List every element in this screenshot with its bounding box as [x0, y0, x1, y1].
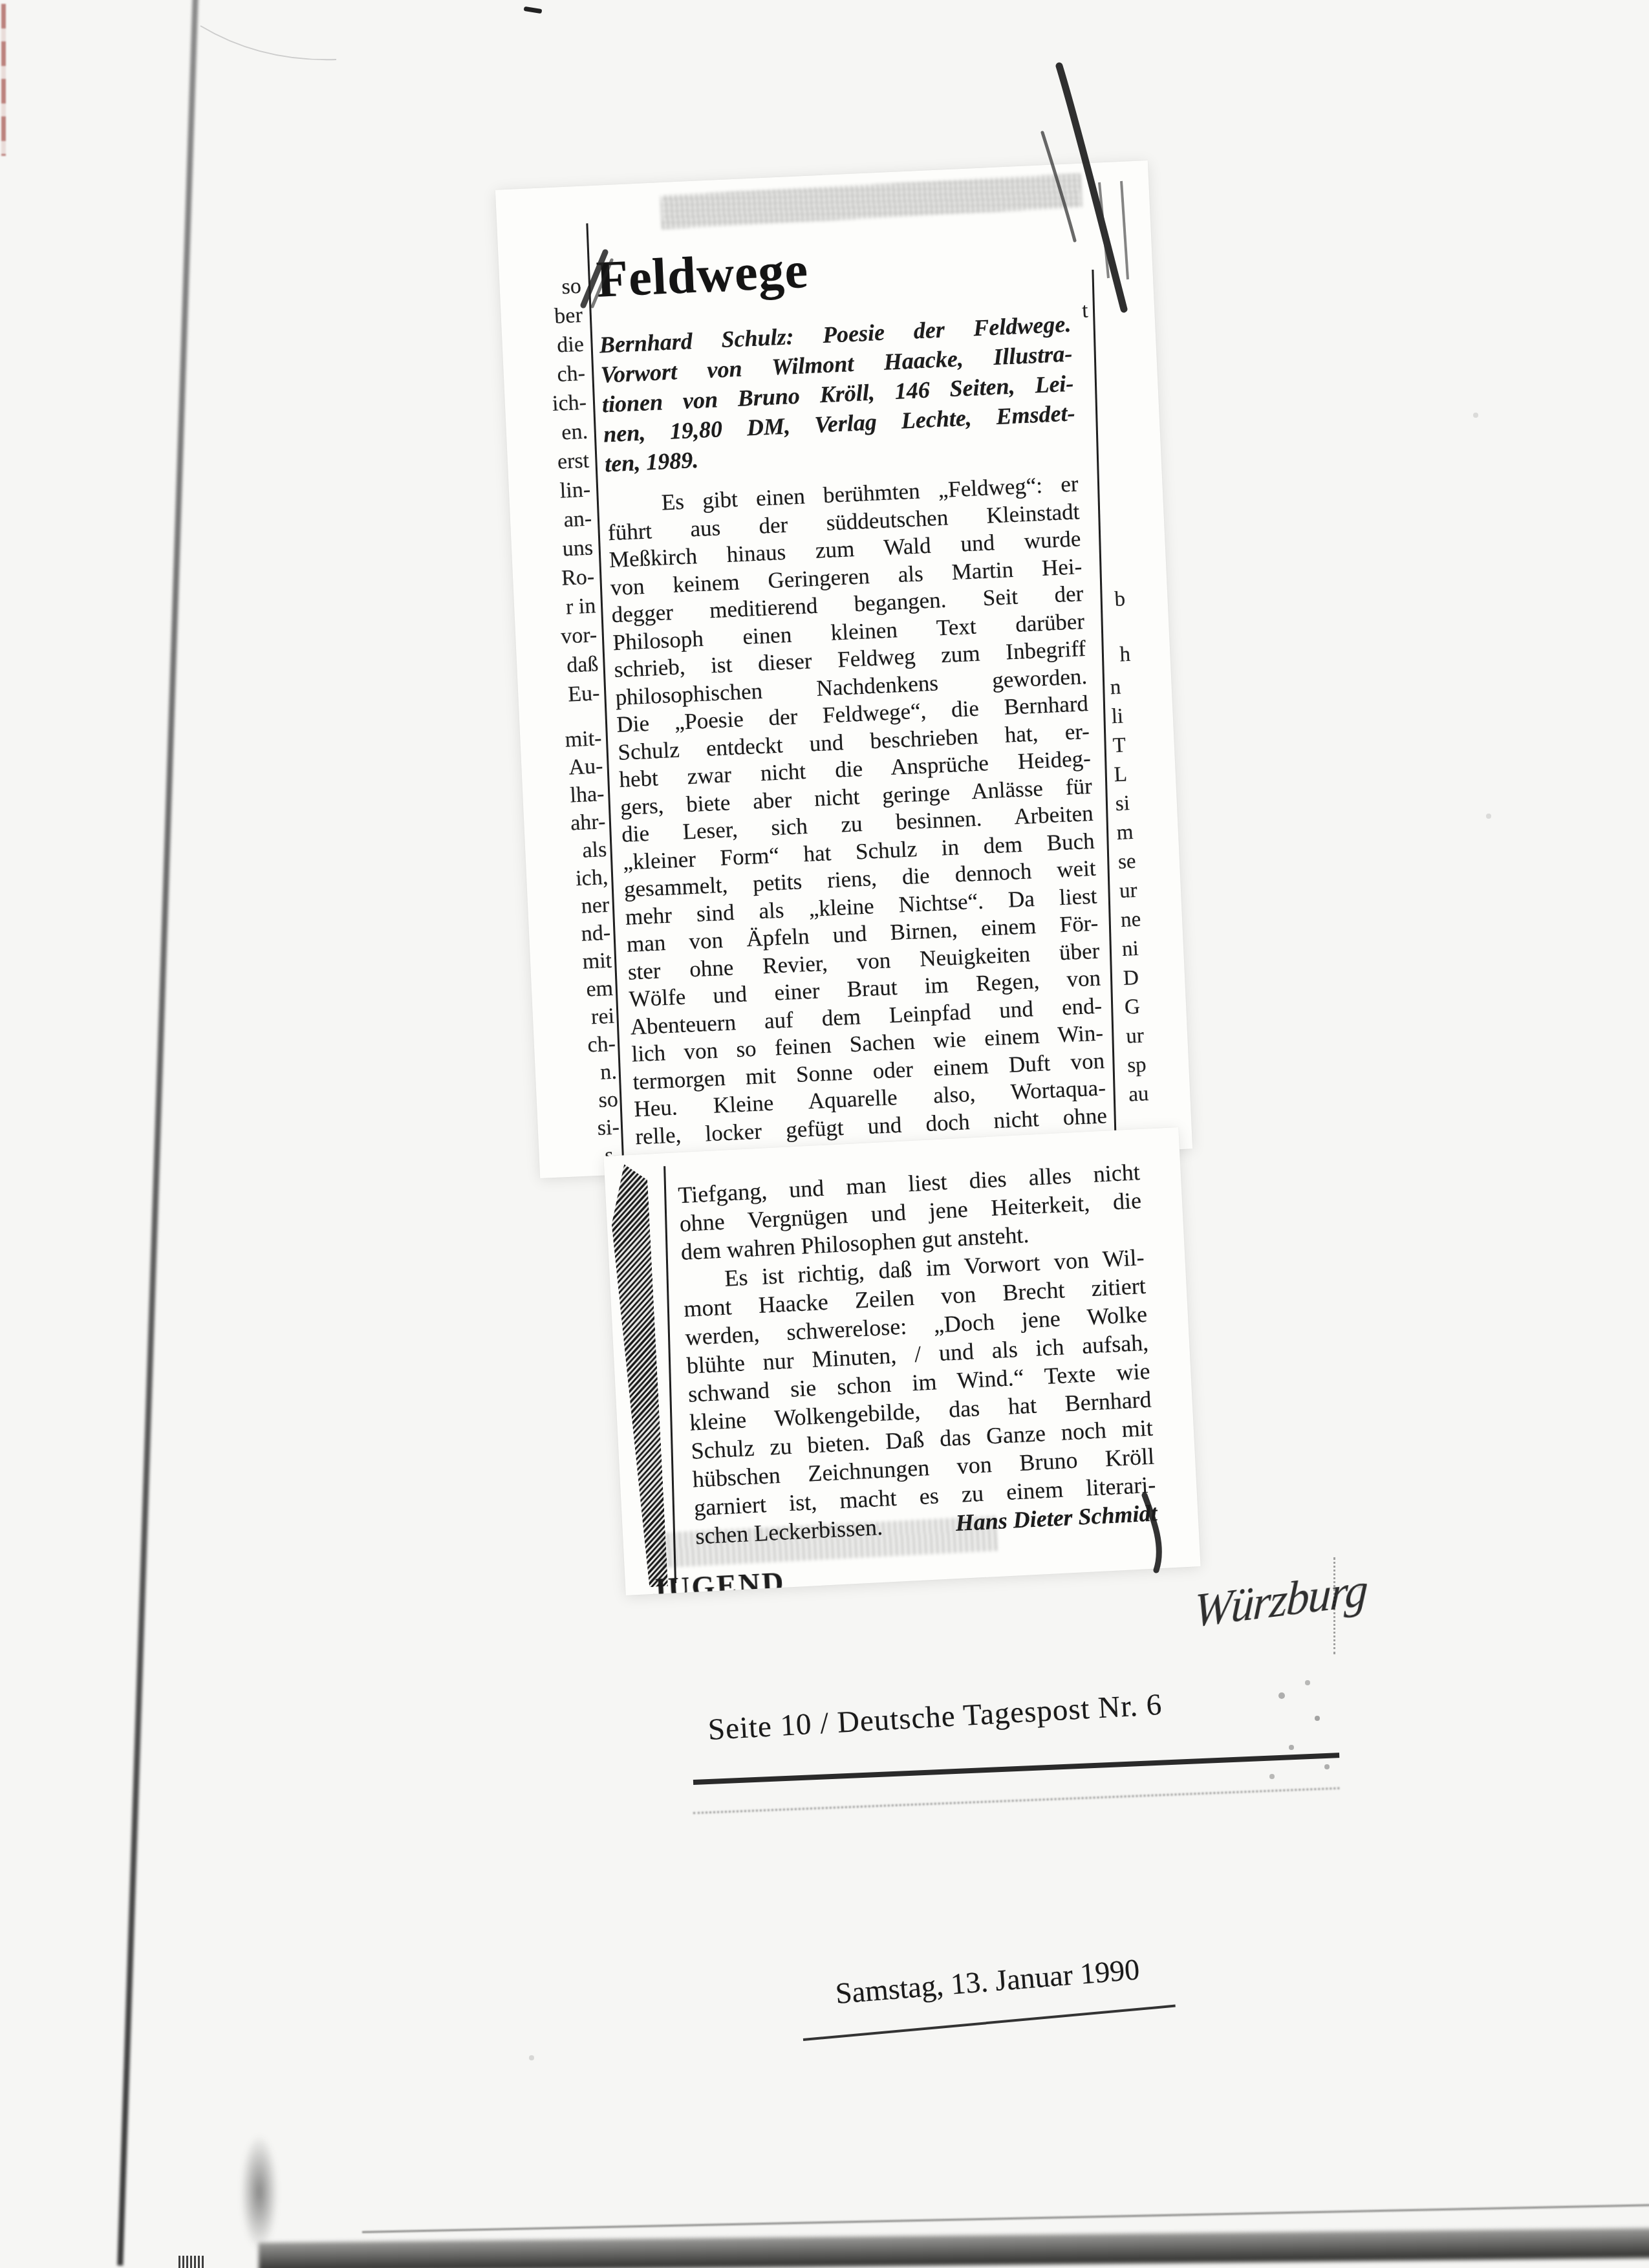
column-fragment: em [531, 975, 614, 1006]
article-headline: Feldwege [595, 224, 1070, 315]
column-fragment: D [1123, 962, 1182, 993]
column-fragment: so [536, 1086, 619, 1118]
column-fragment: nd- [528, 919, 611, 951]
continuation-column: Tiefgang, und man liest dies alles nicht… [677, 1158, 1158, 1550]
column-fragment: n [1110, 671, 1169, 702]
column-fragment: ch- [503, 359, 586, 392]
bottom-edge-stripe-artifact [178, 2256, 204, 2268]
column-fragment: n. [535, 1058, 618, 1090]
right-column-fragment: t [1081, 299, 1088, 323]
column-fragment: ni [1121, 933, 1181, 964]
book-reference-lede: Bernhard Schulz: Poesie der Feldwege.Vor… [599, 309, 1077, 479]
column-fragment: T [1112, 729, 1172, 761]
column-fragment: erst [507, 446, 590, 479]
column-fragment: vor- [515, 620, 598, 653]
column-fragment: Au- [521, 752, 604, 784]
column-fragment: rei [532, 1002, 615, 1034]
handwritten-annotation: Würzburg [1192, 1555, 1427, 1638]
date-rule [803, 2005, 1176, 2041]
top-dash-artifact [524, 6, 543, 14]
column-fragment: mit [530, 947, 612, 978]
column-fragment: so [499, 272, 582, 305]
gutter-shadow-smudge [241, 2134, 278, 2251]
column-fragment: ur [1119, 874, 1178, 906]
column-fragment: ner [527, 891, 610, 923]
masthead-line: Seite 10 / Deutsche Tagespost Nr. 6 [707, 1680, 1290, 1747]
clipping-edge-dots [1333, 1557, 1335, 1654]
halftone-edge-strip [608, 1163, 668, 1588]
column-fragment: an- [510, 504, 592, 537]
column-fragment: se [1117, 845, 1177, 877]
column-fragment: ne [1120, 903, 1180, 935]
hairline-scratch [200, 26, 336, 59]
column-fragment: si [1115, 787, 1174, 819]
column-fragment: lha- [523, 780, 605, 812]
news-clipping-continuation: Tiefgang, und man liest dies alles nicht… [603, 1127, 1200, 1595]
column-fragment: ur [1125, 1020, 1185, 1052]
column-fragment: ahr- [523, 808, 606, 839]
masthead-smudge-line [693, 1787, 1339, 1814]
right-column-fragment: h [1119, 643, 1131, 667]
column-fragment: uns [511, 533, 594, 566]
column-fragment: Ro- [512, 562, 595, 595]
torn-edge-smudge [660, 173, 1082, 229]
column-fragment: si- [537, 1114, 620, 1145]
masthead-rule [693, 1753, 1339, 1785]
column-rule [663, 1166, 676, 1583]
column-fragment: sp [1126, 1049, 1186, 1081]
column-fragment: ich- [504, 388, 587, 421]
cutoff-headline-fragment: JUGEND [651, 1566, 786, 1595]
column-fragment: daß [516, 649, 599, 682]
column-fragment: mit- [520, 724, 603, 756]
column-fragment: lin- [508, 475, 591, 508]
right-column-fragment: b [1114, 587, 1126, 612]
news-clipping-review: soberdiech-ich-en.erstlin-an-unsRo-r inv… [495, 160, 1192, 1178]
column-fragment: r in [513, 591, 596, 624]
adjacent-column-fragments-right: nliTLsimseurneniDGurspau [1110, 671, 1188, 1109]
lede-justified-lines: Bernhard Schulz: Poesie der Feldwege.Vor… [599, 309, 1076, 449]
column-fragment: als [524, 836, 607, 867]
column-fragment: ch- [533, 1030, 616, 1062]
column-fragment: G [1124, 991, 1183, 1022]
paragraph-2: Es ist richtig, daß im Vorwort von Wil-m… [682, 1243, 1156, 1522]
column-fragment: ber [501, 301, 583, 334]
column-fragment: die [502, 330, 585, 363]
date-line: Samstag, 13. Januar 1990 [834, 1945, 1223, 2011]
left-fragments-bottom: mit-Au-lha-ahr-alsich,nernd-mitemreich-n… [520, 724, 621, 1172]
column-fragment: li [1111, 700, 1170, 731]
column-fragment: en. [506, 417, 588, 450]
column-fragment: au [1128, 1078, 1187, 1110]
page-bottom-edge-line [362, 2204, 1649, 2233]
left-edge-scan-marks [1, 4, 6, 156]
scan-speckles [0, 0, 3, 3]
column-fragment: ich, [526, 863, 609, 895]
column-fragment: m [1116, 816, 1176, 848]
scanned-page: soberdiech-ich-en.erstlin-an-unsRo-r inv… [0, 0, 1649, 2268]
page-bottom-edge-shadow [259, 2228, 1649, 2268]
column-fragment: L [1114, 758, 1173, 790]
article-body: Es gibt einen berühmten „Feldweg“: erfüh… [606, 470, 1108, 1150]
review-column: Feldwege Bernhard Schulz: Poesie der Fel… [595, 224, 1108, 1151]
left-fragments-top: soberdiech-ich-en.erstlin-an-unsRo-r inv… [499, 272, 600, 711]
column-fragment: Eu- [517, 678, 600, 711]
book-gutter-fold-line [117, 0, 199, 2265]
